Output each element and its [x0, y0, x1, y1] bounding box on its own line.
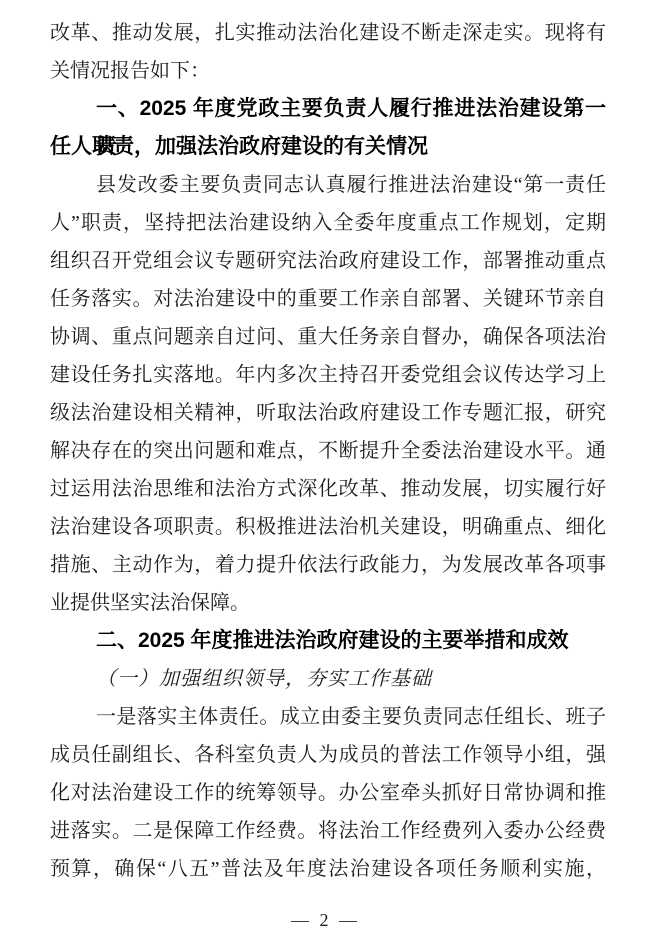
body-text-line: 县发改委主要负责同志认真履行推进法治建设“第一责任	[50, 166, 606, 204]
section-2-heading: 二、2025 年度推进法治政府建设的主要举措和成效	[50, 622, 606, 660]
body-text-line: 关情况报告如下：	[50, 52, 606, 90]
body-text-line: 成员任副组长、各科室负责人为成员的普法工作领导小组，强	[50, 736, 606, 774]
page-number: — 2 —	[0, 910, 651, 931]
body-text-line: 措施、主动作为，着力提升依法行政能力，为发展改革各项事	[50, 546, 606, 584]
body-text-line: 预算，确保“八五”普法及年度法治建设各项任务顺利实施，	[50, 850, 606, 888]
body-text-line: 改革、推动发展，扎实推动法治化建设不断走深走实。现将有	[50, 14, 606, 52]
body-text-line: 组织召开党组会议专题研究法治政府建设工作，部署推动重点	[50, 242, 606, 280]
body-text-line: 一是落实主体责任。成立由委主要负责同志任组长、班子	[50, 698, 606, 736]
section-1-heading-line: 一、2025 年度党政主要负责人履行推进法治建设第一责	[50, 90, 606, 128]
body-text-line: 进落实。二是保障工作经费。将法治工作经费列入委办公经费	[50, 812, 606, 850]
body-text-line: 任务落实。对法治建设中的重要工作亲自部署、关键环节亲自	[50, 280, 606, 318]
section-1-heading-line: 任人职责，加强法治政府建设的有关情况	[50, 128, 606, 166]
body-text-line: 化对法治建设工作的统筹领导。办公室牵头抓好日常协调和推	[50, 774, 606, 812]
subsection-heading: （一）加强组织领导，夯实工作基础	[50, 660, 606, 698]
body-text-line: 过运用法治思维和法治方式深化改革、推动发展，切实履行好	[50, 470, 606, 508]
body-text-line: 人”职责，坚持把法治建设纳入全委年度重点工作规划，定期	[50, 204, 606, 242]
body-text-line: 级法治建设相关精神，听取法治政府建设工作专题汇报，研究	[50, 394, 606, 432]
document-page: 改革、推动发展，扎实推动法治化建设不断走深走实。现将有 关情况报告如下： 一、2…	[0, 0, 651, 945]
body-text-line: 业提供坚实法治保障。	[50, 584, 606, 622]
body-text-line: 建设任务扎实落地。年内多次主持召开委党组会议传达学习上	[50, 356, 606, 394]
body-text-line: 协调、重点问题亲自过问、重大任务亲自督办，确保各项法治	[50, 318, 606, 356]
document-body: 改革、推动发展，扎实推动法治化建设不断走深走实。现将有 关情况报告如下： 一、2…	[50, 14, 606, 888]
body-text-line: 法治建设各项职责。积极推进法治机关建设，明确重点、细化	[50, 508, 606, 546]
body-text-line: 解决存在的突出问题和难点，不断提升全委法治建设水平。通	[50, 432, 606, 470]
